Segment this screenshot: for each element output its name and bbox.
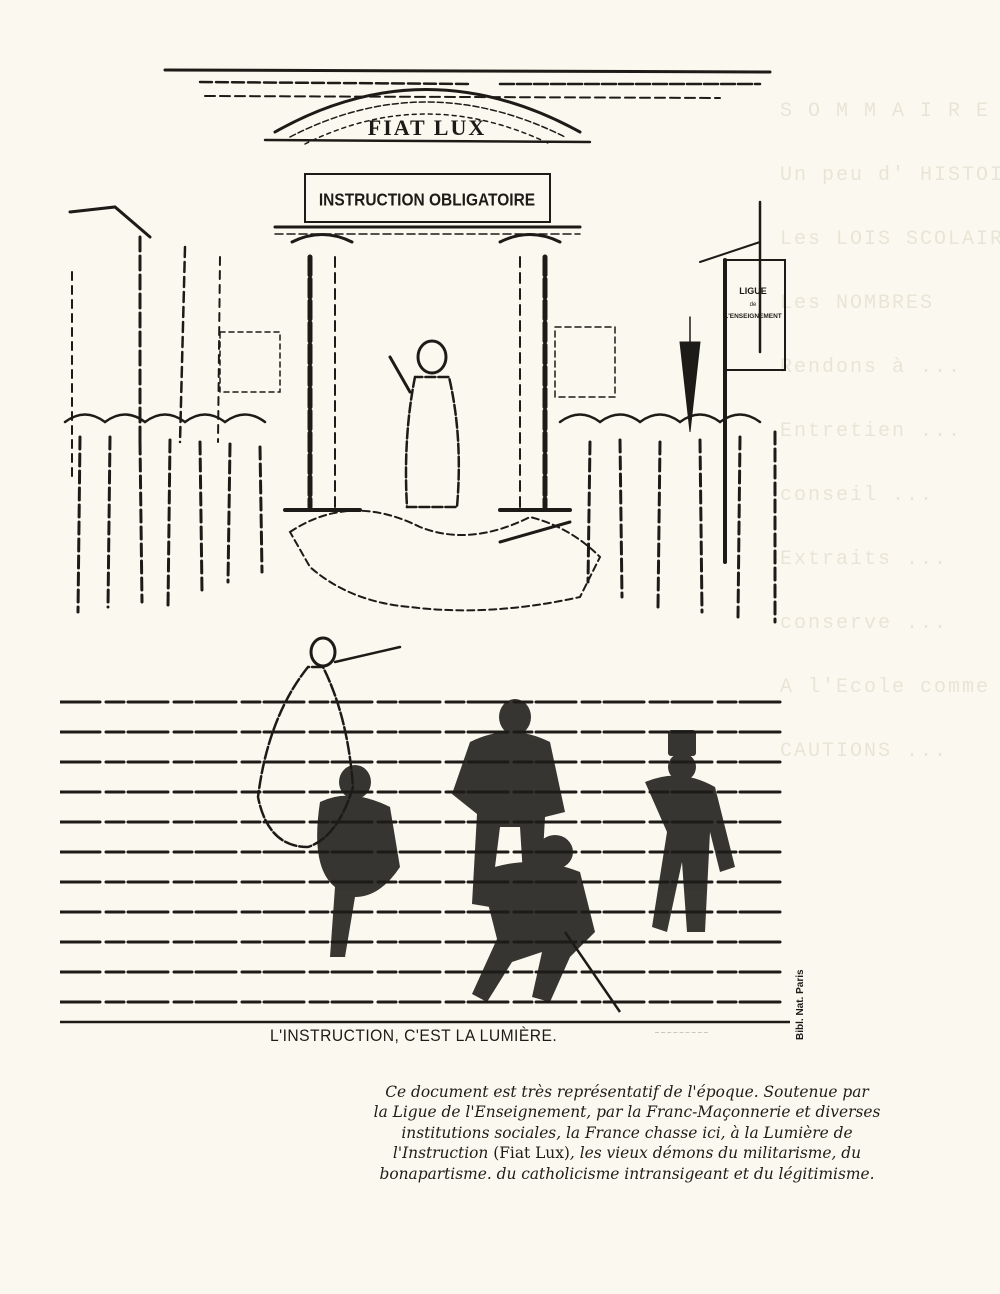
- lintel-inscription: INSTRUCTION OBLIGATOIRE: [319, 190, 535, 210]
- bleed-line: Les NOMBRES: [780, 292, 980, 356]
- engraving-drawing: FIAT LUX INSTRUCTION OBLIGATOIRE LIGUE d…: [60, 62, 790, 1032]
- commentary-line: la Ligue de l'Enseignement, par la Franc…: [322, 1102, 932, 1122]
- engraving-caption: L'INSTRUCTION, C'EST LA LUMIÈRE.: [270, 1026, 557, 1046]
- engraving-illustration: FIAT LUX INSTRUCTION OBLIGATOIRE LIGUE d…: [60, 62, 790, 1032]
- bleed-line: Un peu d' HISTOIRE: [780, 164, 980, 228]
- library-credit: Bibl. Nat. Paris: [795, 969, 806, 1040]
- bleed-line: Extraits ...: [780, 548, 980, 612]
- commentary-line: institutions sociales, la France chasse …: [322, 1123, 932, 1143]
- banner-text: L'ENSEIGNEMENT: [724, 313, 782, 320]
- commentary-fiat-lux: (Fiat Lux): [488, 1144, 570, 1162]
- bleed-line: Entretien ...: [780, 420, 980, 484]
- commentary-line: bonapartisme. du catholicisme intransige…: [322, 1164, 932, 1184]
- bleed-line: conseil ...: [780, 484, 980, 548]
- bleed-line: CAUTIONS ...: [780, 740, 980, 804]
- banner-text: de: [750, 302, 757, 308]
- commentary-paragraph: Ce document est très représentatif de l'…: [322, 1082, 932, 1184]
- commentary-fragment: l'Instruction: [393, 1144, 488, 1162]
- document-page: S O M M A I R E Un peu d' HISTOIRE Les L…: [0, 0, 1000, 1294]
- commentary-line: l'Instruction (Fiat Lux), les vieux démo…: [322, 1143, 932, 1163]
- bleed-line: A l'Ecole comme en 1882 ...: [780, 676, 980, 740]
- bleed-line: Rendons à ...: [780, 356, 980, 420]
- bleed-through-text: S O M M A I R E Un peu d' HISTOIRE Les L…: [780, 100, 980, 804]
- bleed-line: Les LOIS SCOLAIRES: [780, 228, 980, 292]
- arch-inscription: FIAT LUX: [368, 115, 486, 140]
- commentary-line: Ce document est très représentatif de l'…: [322, 1082, 932, 1102]
- printer-mark: — — — — — — — — —: [655, 1029, 708, 1034]
- bleed-line: conserve ...: [780, 612, 980, 676]
- banner-text: LIGUE: [739, 286, 767, 296]
- bleed-line: S O M M A I R E: [780, 100, 980, 164]
- commentary-fragment: , les vieux démons du militarisme, du: [570, 1144, 861, 1162]
